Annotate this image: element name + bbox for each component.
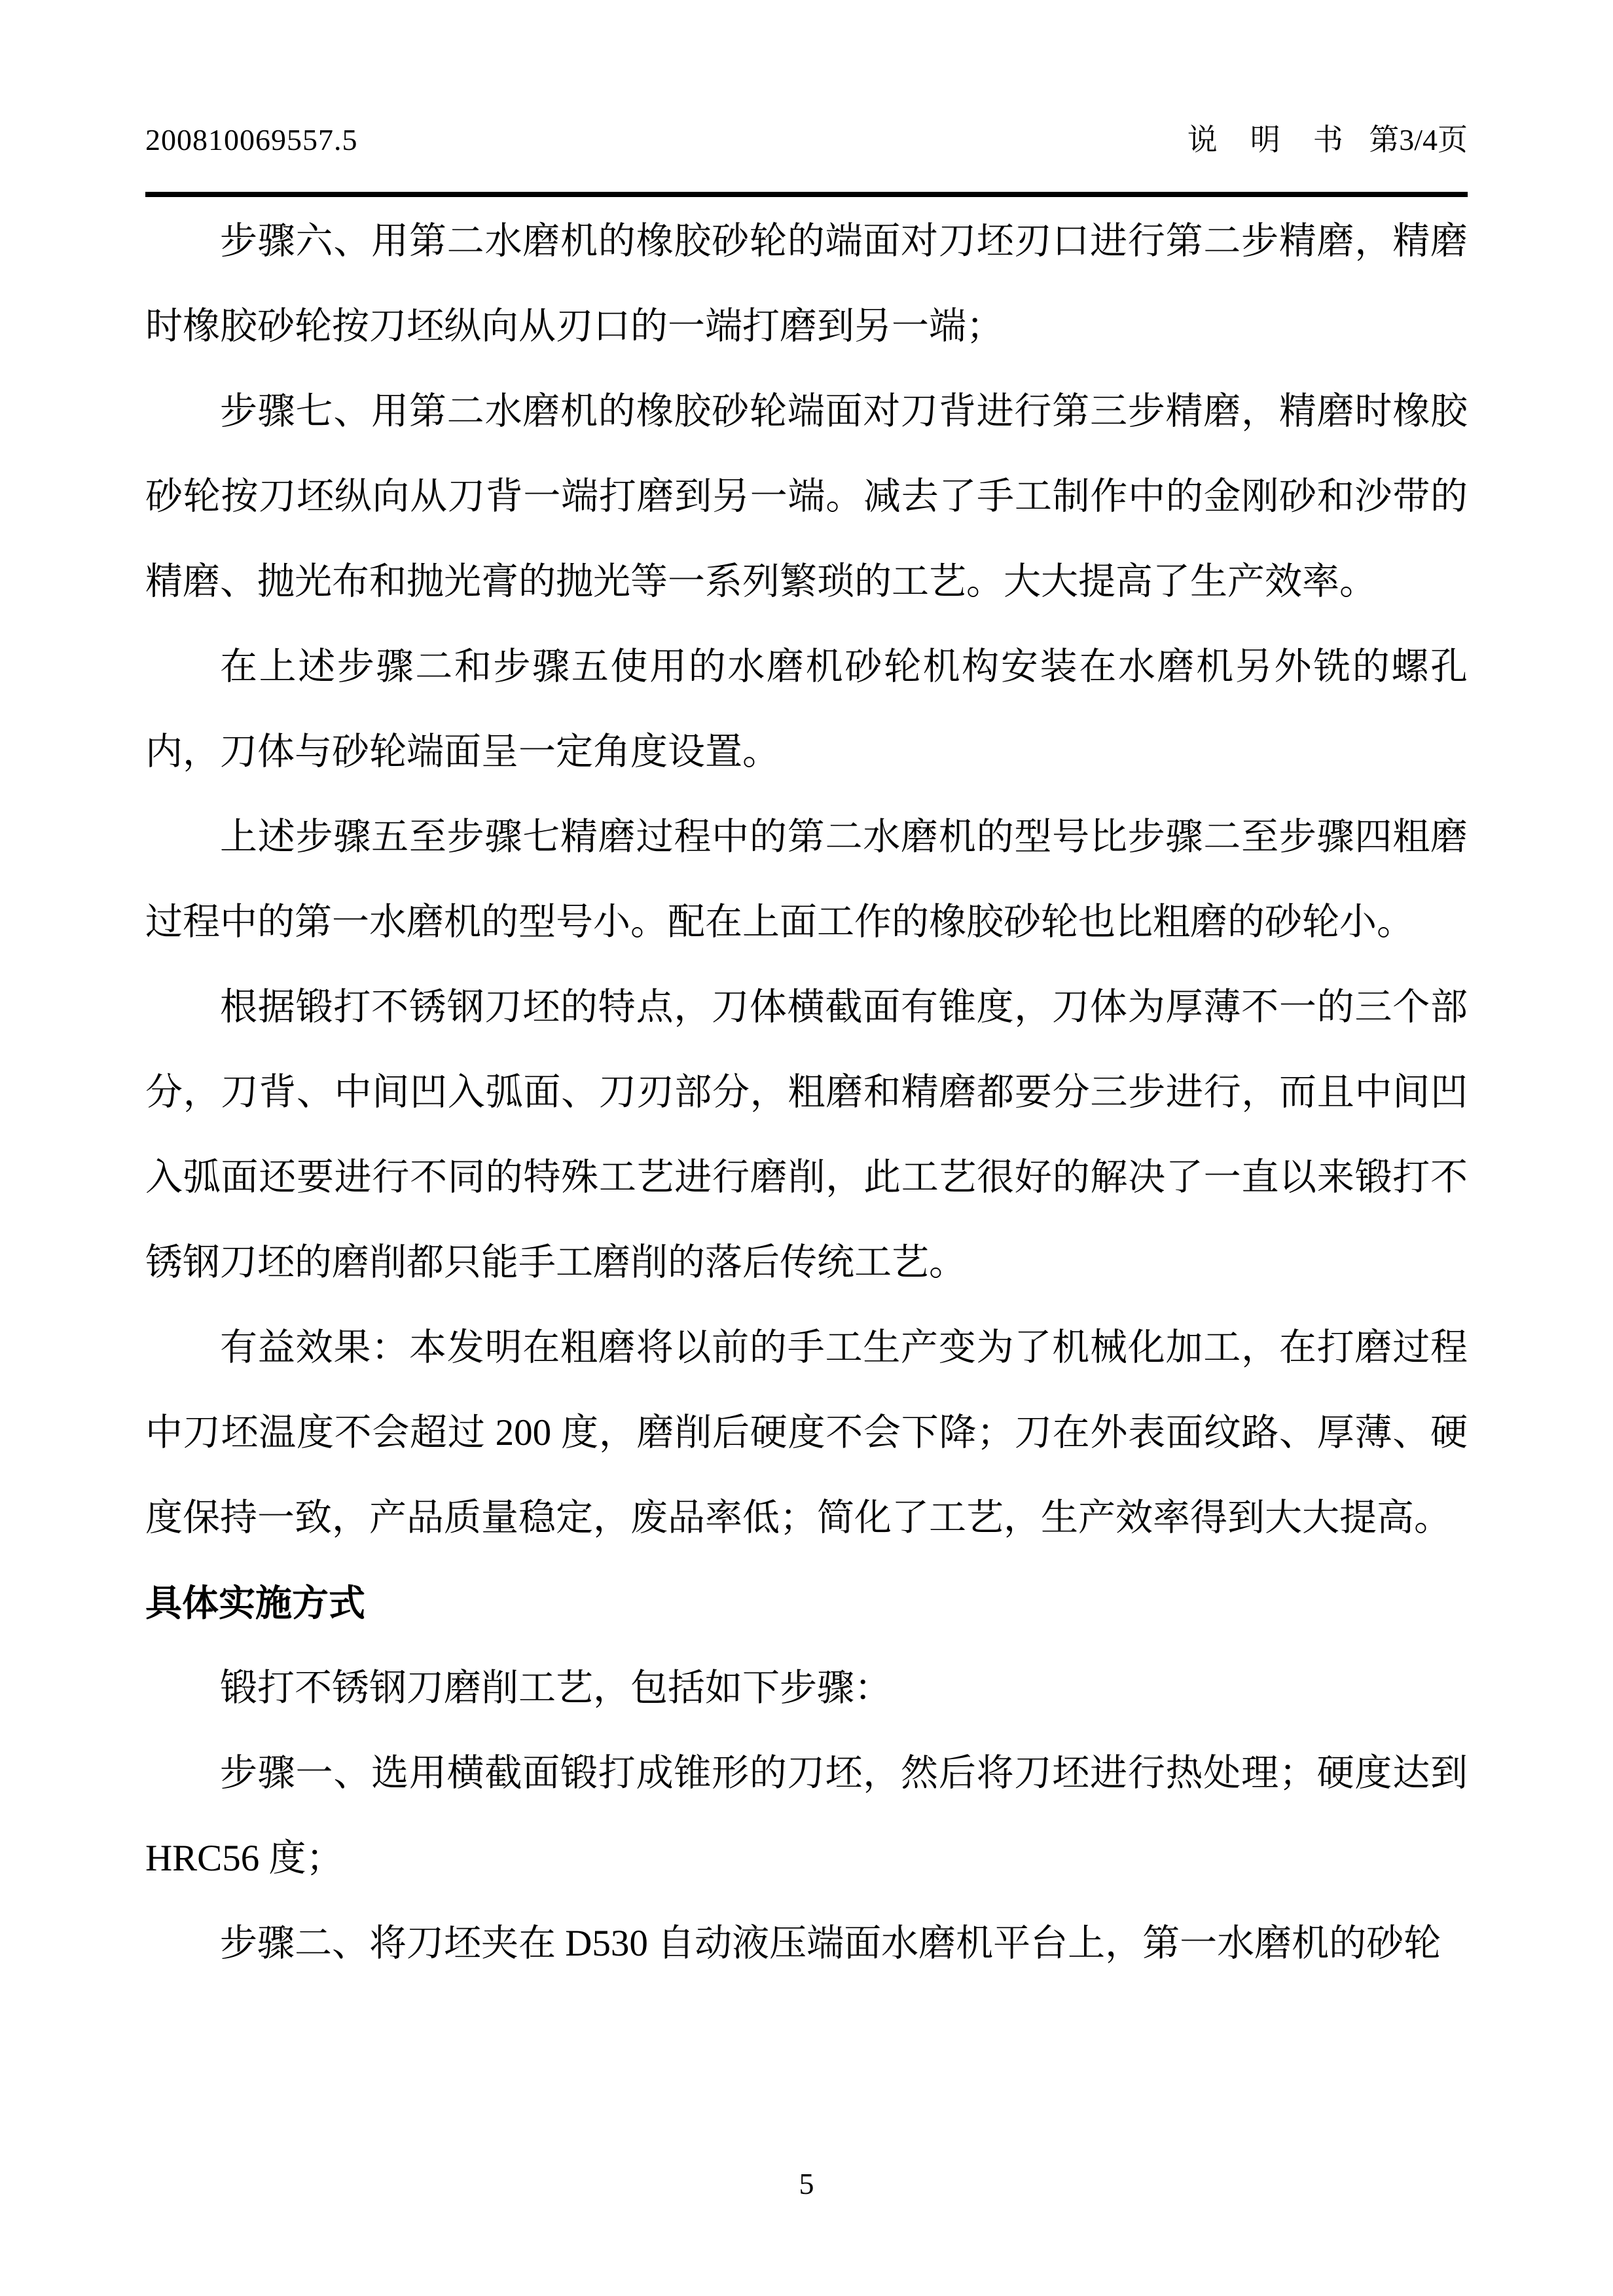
paragraph-wheel-mounting: 在上述步骤二和步骤五使用的水磨机砂轮机构安装在水磨机另外铣的螺孔内，刀体与砂轮端… (145, 625, 1468, 795)
page-footer: 5 (0, 2166, 1613, 2202)
paragraph-step-one: 步骤一、选用横截面锻打成锥形的刀坯，然后将刀坯进行热处理；硬度达到 HRC56 … (145, 1731, 1468, 1901)
document-title: 说 明 书 (1187, 123, 1345, 156)
paragraph-beneficial-effects: 有益效果：本发明在粗磨将以前的手工生产变为了机械化加工，在打磨过程中刀坯温度不会… (145, 1305, 1468, 1561)
page-header: 200810069557.5 说 明 书 第3/4页 (145, 122, 1468, 158)
header-page-label: 第3/4页 (1369, 123, 1468, 156)
header-right: 说 明 书 第3/4页 (1187, 122, 1468, 158)
section-heading-implementation: 具体实施方式 (145, 1561, 1468, 1646)
document-body: 步骤六、用第二水磨机的橡胶砂轮的端面对刀坯刃口进行第二步精磨，精磨时橡胶砂轮按刀… (145, 199, 1468, 1986)
header-divider-rule (145, 192, 1468, 197)
paragraph-step-seven: 步骤七、用第二水磨机的橡胶砂轮端面对刀背进行第三步精磨，精磨时橡胶砂轮按刀坯纵向… (145, 369, 1468, 625)
application-number: 200810069557.5 (145, 122, 358, 158)
paragraph-step-six: 步骤六、用第二水磨机的橡胶砂轮的端面对刀坯刃口进行第二步精磨，精磨时橡胶砂轮按刀… (145, 199, 1468, 369)
paragraph-process-intro: 锻打不锈钢刀磨削工艺，包括如下步骤： (145, 1646, 1468, 1731)
paragraph-blade-characteristics: 根据锻打不锈钢刀坯的特点，刀体横截面有锥度，刀体为厚薄不一的三个部分，刀背、中间… (145, 965, 1468, 1305)
paragraph-machine-model: 上述步骤五至步骤七精磨过程中的第二水磨机的型号比步骤二至步骤四粗磨过程中的第一水… (145, 795, 1468, 965)
paragraph-step-two: 步骤二、将刀坯夹在 D530 自动液压端面水磨机平台上，第一水磨机的砂轮 (145, 1901, 1468, 1986)
patent-document-page: 200810069557.5 说 明 书 第3/4页 步骤六、用第二水磨机的橡胶… (0, 0, 1613, 2296)
footer-page-number: 5 (799, 2167, 814, 2200)
